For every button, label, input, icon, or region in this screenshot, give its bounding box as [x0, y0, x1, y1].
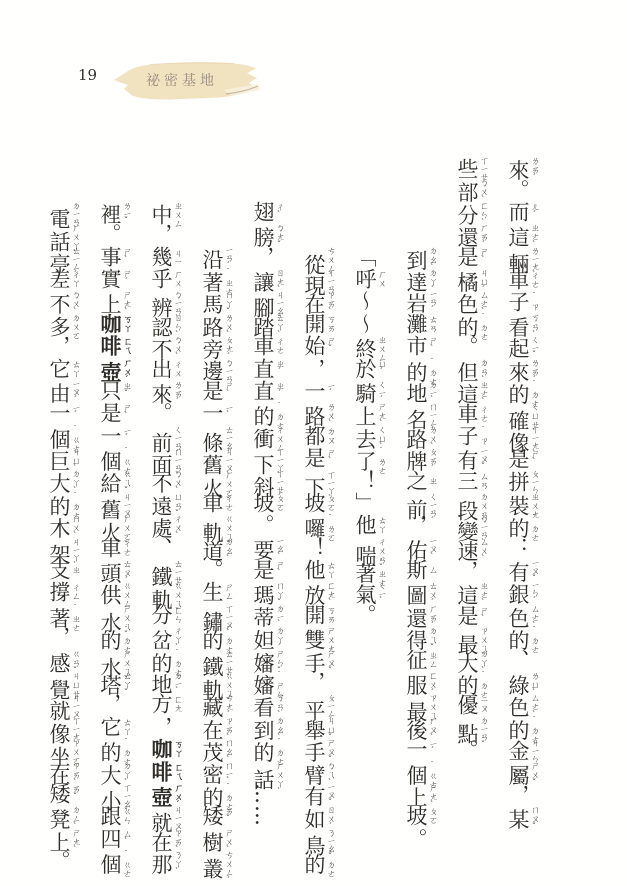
- char: 了˙ㄌㄜ: [354, 402, 386, 424]
- char: 到ㄉㄠˋ: [252, 671, 284, 693]
- punctuation: …: [252, 761, 274, 783]
- char: 上ㄕㄤˋ: [99, 246, 131, 268]
- char: 在ㄗㄞˋ: [201, 671, 233, 693]
- char: 舊ㄐㄧㄡˋ: [99, 447, 131, 469]
- char: 一ㄧˊ: [99, 380, 131, 402]
- char: 屬ㄕㄨˇ: [507, 761, 539, 783]
- char: 像ㄒㄧㄤˋ: [507, 425, 539, 447]
- char: 達ㄉㄚˊ: [405, 223, 437, 245]
- char: 的˙ㄉㄜ: [507, 380, 539, 402]
- char: 電ㄉㄧㄢˋ: [48, 156, 80, 178]
- char: 還ㄏㄞˊ: [405, 559, 437, 581]
- punctuation: 。: [150, 358, 172, 380]
- char: 腳ㄐㄧㄠˇ: [252, 246, 284, 268]
- char: 直ㄓˊ: [252, 313, 284, 335]
- char: 那ㄋㄚˋ: [150, 805, 182, 827]
- char: 水ㄕㄨㄟˇ: [99, 559, 131, 581]
- char: 只ㄓˇ: [99, 335, 131, 357]
- running-title: 祕密基地: [146, 70, 218, 90]
- char: 色ㄙㄜˋ: [507, 693, 539, 715]
- char: 面ㄇㄧㄢˋ: [150, 402, 182, 424]
- char: 咖ㄎㄚ: [150, 693, 183, 715]
- char: 大ㄉㄚˋ: [99, 716, 131, 738]
- punctuation: 。: [456, 335, 478, 357]
- punctuation: 。: [48, 805, 70, 827]
- char: 的˙ㄉㄜ: [456, 313, 488, 335]
- title-swatch: 祕密基地: [112, 59, 262, 101]
- char: 樹ㄕㄨˋ: [201, 783, 233, 805]
- char: 速ㄙㄨˋ: [456, 537, 488, 559]
- char: 是ㄕˋ: [303, 402, 335, 424]
- char: 拼ㄆㄧㄣ: [507, 469, 539, 491]
- char: 不ㄅㄨˋ: [48, 246, 80, 268]
- char: 火ㄏㄨㄛˇ: [99, 469, 131, 491]
- char: 從ㄘㄨㄥˊ: [303, 201, 335, 223]
- char: 就ㄐㄧㄡˋ: [150, 761, 182, 783]
- char: 差ㄔㄚ: [48, 223, 80, 245]
- char: 這ㄓㄜˋ: [456, 380, 488, 402]
- punctuation: 、: [507, 649, 529, 671]
- char: 坡ㄆㄛ: [303, 447, 335, 469]
- char: 還ㄏㄞˊ: [456, 223, 488, 245]
- char: 乎ㄏㄨ: [150, 223, 182, 245]
- char: 辨ㄅㄧㄢˋ: [150, 246, 182, 268]
- char: 它ㄊㄚ: [48, 313, 80, 335]
- char: 優ㄧㄡ: [456, 693, 488, 715]
- char: 話ㄏㄨㄚˋ: [48, 178, 80, 200]
- char: 圖ㄊㄨˊ: [405, 537, 437, 559]
- char: 某ㄇㄡˇ: [507, 805, 539, 827]
- char: 妲ㄉㄚˊ: [252, 581, 284, 603]
- char: 鐵ㄊㄧㄝˇ: [201, 604, 233, 626]
- char: 的˙ㄉㄜ: [99, 693, 131, 715]
- char: 話ㄏㄨㄚˋ: [252, 716, 284, 738]
- char: 膀ㄅㄤˇ: [252, 178, 284, 200]
- char: 這ㄓㄜˋ: [456, 581, 488, 603]
- char: 下ㄒㄧㄚˋ: [252, 402, 284, 424]
- char: 子˙ㄗ: [507, 290, 539, 312]
- punctuation: 。: [99, 178, 121, 200]
- char: 服ㄈㄨˊ: [405, 626, 437, 648]
- char: 個˙ㄍㄜ: [99, 805, 131, 827]
- punctuation: ，: [150, 671, 172, 693]
- char: 斜ㄒㄧㄝˊ: [252, 425, 284, 447]
- char: 要ㄧㄠˋ: [252, 492, 284, 514]
- char: 事ㄕˋ: [99, 201, 131, 223]
- paragraph: 「呼ㄏㄨ～～終ㄓㄨㄥ於ㄩˊ騎ㄑㄧˊ上ㄕㄤˋ去ㄑㄩˋ了˙ㄌㄜ！」他ㄊㄚ喘ㄔㄨㄢˇ著…: [339, 156, 390, 828]
- char: 的˙ㄉㄜ: [48, 447, 80, 469]
- char: 支ㄓ: [48, 514, 80, 536]
- paragraph: 沿ㄧㄢˊ著˙ㄓㄜ馬ㄇㄚˇ路ㄌㄨˋ旁ㄆㄤˊ邊ㄅㄧㄢ是ㄕˋ一ㄧˋ條ㄊㄧㄠˊ舊ㄐㄧㄡˋ…: [33, 156, 237, 828]
- char: 分ㄈㄣ: [150, 559, 182, 581]
- char: 由ㄧㄡˊ: [48, 335, 80, 357]
- body-text: 來ㄌㄞˊ。而ㄦˊ這ㄓㄜˋ輛ㄌㄧㄤˋ車ㄔㄜ子˙ㄗ看ㄎㄢˋ起ㄑㄧˇ來ㄌㄞˊ的˙ㄉㄜ確…: [33, 156, 543, 828]
- char: 著˙ㄓㄜ: [201, 223, 233, 245]
- char: 的˙ㄉㄜ: [201, 738, 233, 760]
- char: 後ㄏㄡˋ: [405, 671, 437, 693]
- char: 的˙ㄉㄜ: [201, 581, 233, 603]
- char: 段ㄉㄨㄢˋ: [456, 492, 488, 514]
- char: 之ㄓ: [405, 425, 437, 447]
- punctuation: 。: [354, 559, 376, 581]
- char: 馬ㄇㄚˇ: [201, 246, 233, 268]
- char: 軌ㄍㄨㄟˇ: [201, 469, 233, 491]
- char: 確ㄑㄩㄝˋ: [507, 402, 539, 424]
- char: 就ㄐㄧㄡˋ: [48, 649, 80, 671]
- char: 衝ㄔㄨㄥ: [252, 380, 284, 402]
- char: 瑪ㄇㄚˇ: [252, 537, 284, 559]
- char: 的˙ㄉㄜ: [99, 581, 131, 603]
- char: 手ㄕㄡˇ: [303, 604, 335, 626]
- punctuation: ，: [150, 178, 172, 200]
- char: 征ㄓㄥ: [405, 604, 437, 626]
- char: 認ㄖㄣˋ: [150, 268, 182, 290]
- char: 茂ㄇㄠˋ: [201, 693, 233, 715]
- char: 啡ㄈㄟ: [150, 716, 183, 738]
- char: 裝ㄓㄨㄤ: [507, 492, 539, 514]
- char: 個˙ㄍㄜ: [99, 402, 131, 424]
- char: 如ㄖㄨˊ: [303, 761, 335, 783]
- char: 金ㄐㄧㄣ: [507, 738, 539, 760]
- char: 坐ㄗㄨㄛˋ: [48, 693, 80, 715]
- char: 上ㄕㄤˋ: [48, 783, 80, 805]
- char: 下ㄒㄧㄚˋ: [303, 425, 335, 447]
- char: 市ㄕˋ: [405, 290, 437, 312]
- char: 起ㄑㄧˇ: [507, 335, 539, 357]
- char: 方ㄈㄤ: [150, 649, 182, 671]
- char: 的˙ㄉㄜ: [507, 626, 539, 648]
- char: 車ㄔㄜ: [456, 402, 488, 424]
- char: 不ㄅㄨˋ: [150, 425, 182, 447]
- char: 來ㄌㄞˊ: [507, 156, 539, 178]
- book-page: 19 祕密基地 來ㄌㄞˊ。而ㄦˊ這ㄓㄜˋ輛ㄌㄧㄤˋ車ㄔㄜ子˙ㄗ看ㄎㄢˋ起ㄑㄧˇ來…: [0, 0, 627, 886]
- punctuation: 。: [201, 514, 223, 536]
- char: 子˙ㄗ: [456, 425, 488, 447]
- char: 覺ㄐㄩㄝˊ: [48, 626, 80, 648]
- char: 個˙ㄍㄜ: [48, 380, 80, 402]
- char: 始ㄕˇ: [303, 290, 335, 312]
- char: 上ㄕㄤˋ: [405, 738, 437, 760]
- char: 都ㄉㄡ: [303, 380, 335, 402]
- char: 開ㄎㄞ: [303, 268, 335, 290]
- char: 火ㄏㄨㄛˇ: [201, 425, 233, 447]
- char: 矮ㄞˇ: [48, 738, 80, 760]
- char: 看ㄎㄢˋ: [252, 649, 284, 671]
- char: 舉ㄐㄩˇ: [303, 671, 335, 693]
- punctuation: ，: [303, 313, 325, 335]
- char: 實ㄕˊ: [99, 223, 131, 245]
- char: 的˙ㄉㄜ: [456, 671, 488, 693]
- paragraph: 來ㄌㄞˊ。而ㄦˊ這ㄓㄜˋ輛ㄌㄧㄤˋ車ㄔㄜ子˙ㄗ看ㄎㄢˋ起ㄑㄧˇ來ㄌㄞˊ的˙ㄉㄜ確…: [441, 156, 543, 828]
- char: 個˙ㄍㄜ: [405, 716, 437, 738]
- punctuation: ，: [99, 649, 121, 671]
- char: 著˙ㄓㄜ: [354, 514, 386, 536]
- char: 多ㄉㄨㄛ: [48, 268, 80, 290]
- char: 蒂ㄉㄧˋ: [252, 559, 284, 581]
- char: 牌ㄆㄞˊ: [405, 402, 437, 424]
- char: 巨ㄐㄩˋ: [48, 402, 80, 424]
- char: 藏ㄘㄤˊ: [201, 649, 233, 671]
- char: 但ㄉㄢˋ: [456, 358, 488, 380]
- char: 軌ㄍㄨㄟˇ: [150, 537, 182, 559]
- char: 跟ㄍㄣ: [99, 761, 131, 783]
- char: 幾ㄐㄧ: [150, 201, 182, 223]
- punctuation: ！: [354, 425, 376, 447]
- char: 得ㄉㄟˇ: [405, 581, 437, 603]
- char: 生ㄕㄥ: [201, 537, 233, 559]
- char: 岩ㄧㄢˊ: [405, 246, 437, 268]
- char: 有ㄧㄡˇ: [456, 447, 488, 469]
- char: 車ㄔㄜ: [99, 492, 131, 514]
- char: 路ㄌㄨˋ: [303, 358, 335, 380]
- char: 是ㄕˋ: [456, 246, 488, 268]
- punctuation: ，: [48, 290, 70, 312]
- char: 平ㄆㄧㄥˊ: [303, 649, 335, 671]
- punctuation: 」: [354, 447, 376, 469]
- char: 車ㄔㄜ: [507, 268, 539, 290]
- punctuation: ～: [354, 268, 376, 290]
- char: 它ㄊㄚ: [99, 671, 131, 693]
- char: 出ㄔㄨ: [150, 313, 182, 335]
- char: 在ㄗㄞˋ: [150, 783, 182, 805]
- punctuation: 。: [456, 738, 478, 760]
- char: 路ㄌㄨˋ: [405, 380, 437, 402]
- char: 架ㄐㄧㄚˋ: [48, 492, 80, 514]
- char: 岔ㄔㄚˋ: [150, 581, 182, 603]
- char: 像ㄒㄧㄤˋ: [48, 671, 80, 693]
- paragraph: 從ㄘㄨㄥˊ現ㄒㄧㄢˋ在ㄗㄞˋ開ㄎㄞ始ㄕˇ，一ㄧˊ路ㄌㄨˋ都ㄉㄡ是ㄕˋ下ㄒㄧㄚˋ坡…: [237, 156, 339, 828]
- char: 軌ㄍㄨㄟˇ: [201, 626, 233, 648]
- char: 是ㄕˋ: [252, 514, 284, 536]
- char: 遠ㄩㄢˇ: [150, 447, 182, 469]
- char: 地ㄉㄧˋ: [405, 335, 437, 357]
- char: 鏽ㄒㄧㄡˋ: [201, 559, 233, 581]
- char: 在ㄗㄞˋ: [48, 716, 80, 738]
- char: 道ㄉㄠˋ: [201, 492, 233, 514]
- char: 喘ㄔㄨㄢˇ: [354, 492, 386, 514]
- punctuation: ，: [405, 469, 427, 491]
- char: 密ㄇㄧˋ: [201, 716, 233, 738]
- punctuation: 。: [507, 178, 529, 200]
- char: 灘ㄊㄢ: [405, 268, 437, 290]
- punctuation: ，: [456, 559, 478, 581]
- char: 來ㄌㄞˊ: [150, 335, 182, 357]
- char: 是ㄕˋ: [507, 447, 539, 469]
- char: 點ㄉㄧㄢˇ: [456, 716, 488, 738]
- char: 壺ㄏㄨˊ: [150, 738, 183, 760]
- char: 在ㄗㄞˋ: [303, 246, 335, 268]
- char: 銀ㄧㄣˊ: [507, 581, 539, 603]
- char: 裡ㄌㄧˇ: [99, 156, 131, 178]
- char: 輛ㄌㄧㄤˋ: [507, 246, 539, 268]
- char: 前ㄑㄧㄢˊ: [405, 447, 437, 469]
- char: 現ㄒㄧㄢˋ: [303, 223, 335, 245]
- char: 感ㄍㄢˇ: [48, 604, 80, 626]
- char: 有ㄧㄡˇ: [507, 559, 539, 581]
- char: 沿ㄧㄢˊ: [201, 201, 233, 223]
- char: 呼ㄏㄨ: [354, 223, 386, 245]
- char: 翅ㄔˋ: [252, 156, 284, 178]
- char: 中ㄓㄨㄥ: [150, 156, 182, 178]
- char: 看ㄎㄢˋ: [507, 313, 539, 335]
- char: 變ㄅㄧㄢˋ: [456, 514, 488, 536]
- char: 三ㄙㄢ: [456, 469, 488, 491]
- char: 而ㄦˊ: [507, 201, 539, 223]
- punctuation: 、: [150, 492, 172, 514]
- char: 最ㄗㄨㄟˋ: [405, 649, 437, 671]
- char: 終ㄓㄨㄥ: [354, 290, 386, 312]
- char: 的˙ㄉㄜ: [405, 313, 437, 335]
- char: 給ㄍㄟˇ: [99, 425, 131, 447]
- char: 讓ㄖㄤˋ: [252, 223, 284, 245]
- char: 上ㄕㄤˋ: [354, 358, 386, 380]
- char: 的˙ㄉㄜ: [507, 716, 539, 738]
- char: 綠ㄌㄩˋ: [507, 671, 539, 693]
- char: 色ㄙㄜˋ: [456, 290, 488, 312]
- char: 他ㄊㄚ: [354, 469, 386, 491]
- char: 嬸ㄕㄣˇ: [252, 604, 284, 626]
- char: 大ㄉㄚˋ: [456, 649, 488, 671]
- char: 大ㄉㄚˋ: [48, 425, 80, 447]
- char: 坡ㄆㄛ: [252, 447, 284, 469]
- char: 著˙ㄓㄜ: [48, 559, 80, 581]
- char: 條ㄊㄧㄠˊ: [201, 380, 233, 402]
- punctuation: ：: [507, 537, 529, 559]
- char: 一ㄧˋ: [201, 358, 233, 380]
- char: 氣ㄑㄧˋ: [354, 537, 386, 559]
- char: 橘ㄐㄩˊ: [456, 268, 488, 290]
- char: 一ㄧˊ: [405, 693, 437, 715]
- punctuation: ～: [354, 246, 376, 268]
- char: 嬸˙ㄕㄣ: [252, 626, 284, 648]
- char: 分ㄈㄣˋ: [456, 201, 488, 223]
- char: 去ㄑㄩˋ: [354, 380, 386, 402]
- char: 放ㄈㄤˋ: [303, 537, 335, 559]
- char: 小ㄒㄧㄠˇ: [99, 738, 131, 760]
- char: 車ㄔㄜ: [201, 447, 233, 469]
- char: 的˙ㄉㄜ: [252, 358, 284, 380]
- char: 的˙ㄉㄜ: [303, 805, 335, 827]
- paragraph: 到ㄉㄠˋ達ㄉㄚˊ岩ㄧㄢˊ灘ㄊㄢ市ㄕˋ的˙ㄉㄜ地ㄉㄧˋ名ㄇㄧㄥˊ路ㄌㄨˋ牌ㄆㄞˊ之…: [390, 156, 441, 828]
- char: 地ㄉㄧˋ: [150, 626, 182, 648]
- char: 不ㄅㄨˋ: [150, 290, 182, 312]
- page-number: 19: [78, 66, 97, 84]
- char: 水ㄕㄨㄟˇ: [99, 604, 131, 626]
- char: 咖ㄎㄚ: [99, 268, 132, 290]
- char: 壺ㄏㄨˊ: [99, 313, 132, 335]
- char: 車ㄔㄜ: [252, 290, 284, 312]
- char: 的˙ㄉㄜ: [252, 693, 284, 715]
- char: 凳ㄉㄥˋ: [48, 761, 80, 783]
- char: 名ㄇㄧㄥˊ: [405, 358, 437, 380]
- char: 路ㄌㄨˋ: [201, 268, 233, 290]
- char: 踏ㄊㄚˋ: [252, 268, 284, 290]
- char: 騎ㄑㄧˊ: [354, 335, 386, 357]
- char: 是ㄕˋ: [201, 335, 233, 357]
- char: 部ㄅㄨˋ: [456, 178, 488, 200]
- char: 是ㄕˋ: [99, 358, 131, 380]
- char: 有ㄧㄡˇ: [303, 738, 335, 760]
- char: 叢ㄘㄨㄥˊ: [201, 805, 233, 827]
- punctuation: ！: [303, 492, 325, 514]
- char: 撐ㄔㄥ: [48, 537, 80, 559]
- char: 邊ㄅㄧㄢ: [201, 313, 233, 335]
- char: 前ㄑㄧㄢˊ: [150, 380, 182, 402]
- char: 頭ㄊㄡˊ: [99, 514, 131, 536]
- char: 些ㄒㄧㄝ: [456, 156, 488, 178]
- char: 囉˙ㄌㄛ: [303, 469, 335, 491]
- char: 旁ㄆㄤˊ: [201, 290, 233, 312]
- char: 供ㄍㄨㄥ: [99, 537, 131, 559]
- char: 最ㄗㄨㄟˋ: [456, 626, 488, 648]
- char: 鳥ㄋㄧㄠˇ: [303, 783, 335, 805]
- punctuation: ，: [507, 783, 529, 805]
- punctuation: 。: [405, 783, 427, 805]
- char: 開ㄎㄞ: [303, 559, 335, 581]
- char: 木ㄇㄨˋ: [48, 469, 80, 491]
- char: 啡ㄈㄟ: [99, 290, 132, 312]
- punctuation: ，: [303, 626, 325, 648]
- char: 亭ㄊㄧㄥˊ: [48, 201, 80, 223]
- char: 他ㄊㄚ: [303, 514, 335, 536]
- char: 這ㄓㄜˋ: [507, 223, 539, 245]
- char: 手ㄕㄡˇ: [303, 693, 335, 715]
- char: 斯ㄙ: [405, 514, 437, 536]
- char: 四ㄙˋ: [99, 783, 131, 805]
- char: 臂ㄅㄟˋ: [303, 716, 335, 738]
- char: 佑ㄧㄡˋ: [405, 492, 437, 514]
- char: 處ㄔㄨˋ: [150, 469, 182, 491]
- char: 舊ㄐㄧㄡˋ: [201, 402, 233, 424]
- char: 直ㄓˊ: [252, 335, 284, 357]
- punctuation: 。: [252, 469, 274, 491]
- punctuation: 「: [354, 201, 376, 223]
- punctuation: …: [252, 738, 274, 760]
- punctuation: ，: [252, 201, 274, 223]
- char: 來ㄌㄞˊ: [507, 358, 539, 380]
- char: 色ㄙㄜˋ: [507, 604, 539, 626]
- char: 一ㄧˊ: [48, 358, 80, 380]
- punctuation: ，: [48, 581, 70, 603]
- char: 是ㄕˋ: [456, 604, 488, 626]
- char: 到ㄉㄠˋ: [405, 201, 437, 223]
- char: 坡ㄆㄛ: [405, 761, 437, 783]
- char: 一ㄧˊ: [303, 335, 335, 357]
- char: 於ㄩˊ: [354, 313, 386, 335]
- char: 的˙ㄉㄜ: [150, 604, 182, 626]
- char: 鐵ㄊㄧㄝˇ: [150, 514, 182, 536]
- char: 的˙ㄉㄜ: [507, 514, 539, 536]
- char: 塔ㄊㄚˇ: [99, 626, 131, 648]
- char: 矮ㄞˇ: [201, 761, 233, 783]
- char: 雙ㄕㄨㄤ: [303, 581, 335, 603]
